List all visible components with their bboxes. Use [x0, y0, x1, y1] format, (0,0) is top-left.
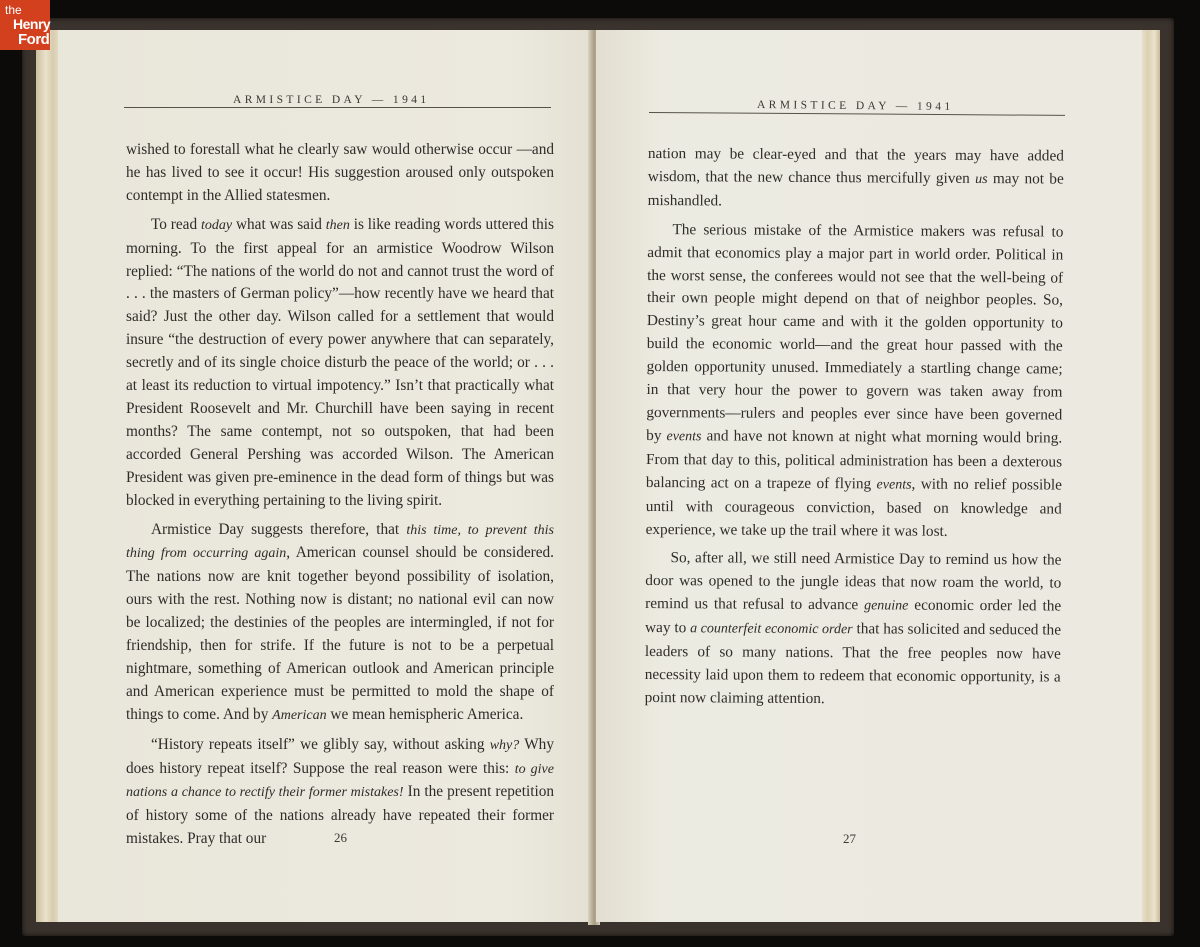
text-run: we mean hemispheric America.	[327, 706, 524, 723]
italic-emphasis: American	[272, 708, 326, 723]
paragraph: wished to forestall what he clearly saw …	[126, 139, 554, 208]
text-run: what was said	[232, 216, 326, 233]
logo-line-the: the	[5, 4, 22, 16]
left-page-number: 26	[334, 830, 347, 846]
right-running-head: ARMISTICE DAY — 1941	[757, 99, 954, 113]
left-header-rule	[124, 107, 551, 108]
italic-emphasis: today	[201, 218, 232, 233]
paragraph: The serious mistake of the Armistice mak…	[646, 219, 1064, 544]
text-run: wished to forestall what he clearly saw …	[126, 141, 554, 204]
paragraph: So, after all, we still need Armistice D…	[645, 547, 1062, 712]
italic-emphasis: events	[666, 429, 701, 444]
italic-emphasis: us	[975, 172, 988, 187]
italic-emphasis: genuine	[864, 599, 908, 614]
italic-emphasis: a counterfeit economic order	[690, 621, 853, 637]
right-page-number: 27	[843, 831, 856, 847]
logo-line-henry: Henry	[13, 17, 50, 31]
italic-emphasis: then	[326, 218, 350, 233]
text-run: is like reading words uttered this morni…	[126, 216, 554, 509]
italic-emphasis: events	[877, 477, 912, 492]
text-run: To read	[151, 216, 201, 233]
text-run: , American counsel should be considered.…	[126, 544, 554, 722]
text-run: “History repeats itself” we glibly say, …	[151, 736, 490, 753]
paragraph: To read today what was said then is like…	[126, 214, 554, 513]
text-run: The serious mistake of the Armistice mak…	[646, 221, 1063, 444]
paragraph: nation may be clear-eyed and that the ye…	[648, 143, 1064, 215]
left-body-text: wished to forestall what he clearly saw …	[126, 139, 554, 851]
text-run: Armistice Day suggests therefore, that	[151, 521, 406, 538]
henry-ford-logo: the Henry Ford	[0, 0, 50, 50]
paragraph: Armistice Day suggests therefore, that t…	[126, 519, 554, 728]
right-body-text: nation may be clear-eyed and that the ye…	[645, 143, 1064, 712]
left-running-head: ARMISTICE DAY — 1941	[233, 94, 430, 106]
logo-line-ford: Ford	[18, 32, 49, 47]
italic-emphasis: why?	[490, 738, 520, 753]
